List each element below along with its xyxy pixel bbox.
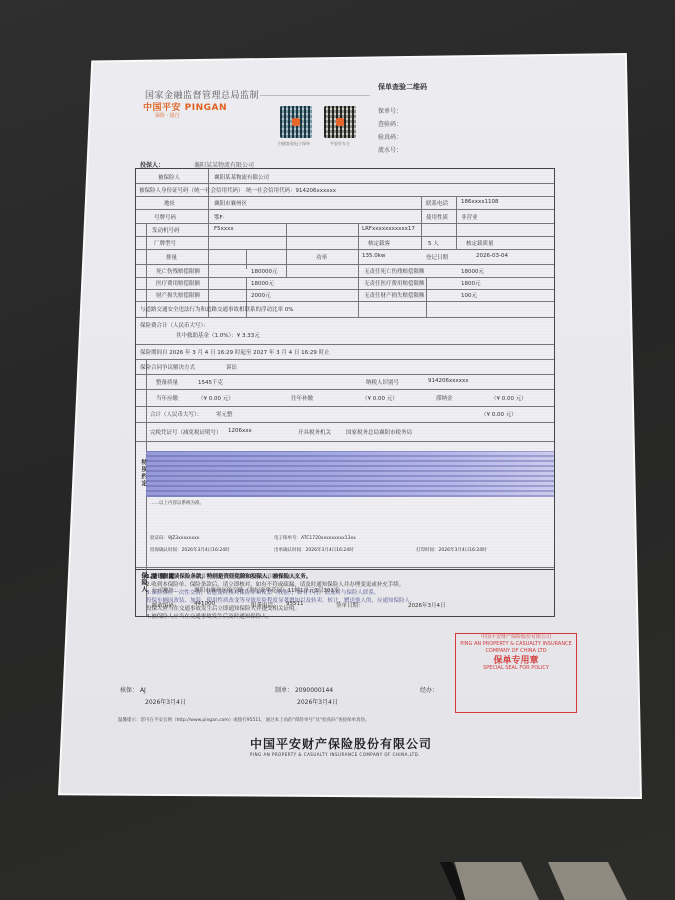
- coverage-label: 无责任财产损失赔偿限额: [364, 291, 425, 299]
- issue-time: 出单确认时间：2026年3月4日16:24时: [274, 547, 354, 553]
- issue-info: 制单： 2090000144 2026年3月4日: [275, 685, 338, 706]
- coverage-value: 18000元: [461, 267, 484, 275]
- late-fee-label: 滞纳金: [436, 394, 453, 402]
- special-terms-footer: ……以上内容以系统为准。: [150, 500, 204, 506]
- insurer-label: 保险人: [139, 572, 148, 593]
- policy-period: 保险期间自 2026 年 3 月 4 日 16:29 时起至 2027 年 3 …: [140, 348, 330, 356]
- header-rule: [260, 95, 370, 96]
- payload-label: 核定载质量: [466, 239, 494, 247]
- current-tax-value: （¥ 0.00 元）: [198, 394, 234, 402]
- verify-code-label: 验真码：: [378, 132, 427, 141]
- postcode-value: 441000: [194, 601, 215, 607]
- insured-id-label: 被保险人身份证号码（统一社会信用代码）: [139, 186, 244, 194]
- qr-caption: 平安好车主: [330, 141, 350, 147]
- premium-total: 保险费合计（人民币大写）：: [140, 321, 209, 329]
- brand-en: PINGAN: [185, 103, 227, 113]
- service-phone-label: 服务电话：: [251, 601, 279, 609]
- coverage-label: 无责任死亡伤残赔偿限额: [364, 267, 425, 275]
- tax-cert-value: 1206xxx: [228, 428, 252, 434]
- footer-note: 温馨提示：您可在平安官网（http://www.pingan.com）或拨打95…: [118, 717, 608, 723]
- address-value: 襄阳市襄州区: [214, 199, 247, 207]
- float-rate: 与道路交通安全违法行为和道路交通事故相联系的浮动比率 0%: [140, 305, 293, 313]
- company-address-value: 襄阳市襄州区航空路（世纪豪华花园）11幢1单元3层301室: [194, 586, 340, 594]
- power-value: 135.0kw: [362, 253, 385, 259]
- coverage-value: 18000元: [251, 279, 274, 287]
- company-name-footer: 中国平安财产保险股份有限公司: [250, 735, 432, 752]
- stamp-company-en: PING AN PROPERTY & CASUALTY INSURANCE CO…: [456, 641, 576, 655]
- review-date: 2026年3月4日: [145, 697, 186, 706]
- register-date-value: 2026-03-04: [476, 253, 508, 259]
- stamp-seal-en: SPECIAL SEAL FOR POLICY: [456, 665, 576, 672]
- policy-verify-box: 保单查验二维码 保单号： 查验码： 验真码： 流水号：: [378, 82, 427, 154]
- engine-value: F5xxxx: [214, 226, 234, 232]
- policy-table: 被保险人 襄阳某某物流有限公司 被保险人身份证号码（统一社会信用代码） 统一社会…: [135, 168, 555, 570]
- issue-date: 2026年3月4日: [297, 697, 338, 706]
- coverage-value: 2000元: [251, 291, 271, 299]
- seats-label: 核定载客: [368, 239, 390, 247]
- plate-label: 号牌号码: [154, 213, 176, 221]
- qr-code-icon: [280, 106, 312, 138]
- redacted-special-terms: [146, 451, 554, 497]
- serial-number-label: 流水号：: [378, 145, 427, 154]
- curb-weight-value: 1545千克: [198, 378, 223, 386]
- coverage-label: 无责任医疗费用赔偿限额: [364, 279, 425, 287]
- policy-document: 国家金融监督管理总局监制 中国平安 PINGAN 保险 · 银行 扫描查看电子保…: [0, 0, 675, 900]
- dispute-value: 诉讼: [226, 363, 237, 371]
- current-tax-label: 当年应缴: [156, 394, 178, 402]
- electronic-policy-line: 电子保单号：ATC1720xxxxxxxxx13xx: [274, 535, 356, 541]
- vin-value: LRFxxxxxxxxxxx17: [362, 226, 415, 232]
- qr-logo-icon: [336, 118, 344, 126]
- policy-number-label: 保单号：: [378, 106, 427, 115]
- postcode-label: 邮政编码：: [152, 601, 180, 609]
- late-fee-value: （¥ 0.00 元）: [491, 394, 527, 402]
- company-name-footer-en: PING AN PROPERTY & CASUALTY INSURANCE CO…: [250, 752, 420, 757]
- insured-id-value: 统一社会信用代码：914206xxxxxx: [246, 186, 336, 194]
- taxpayer-value: 914206xxxxxx: [428, 378, 469, 384]
- service-phone-value: 95511: [286, 601, 304, 607]
- tax-cert-label: 完税凭证号（减免税证明号）: [150, 428, 222, 436]
- dispute-label: 保险合同争议解决方式: [140, 363, 195, 371]
- tax-total-words: 零元整: [216, 410, 233, 418]
- qr-code-icon: [324, 106, 356, 138]
- phone-value: 186xxxx1108: [461, 199, 499, 205]
- brand-tagline: 保险 · 银行: [155, 112, 180, 119]
- insurer-section: 保险人 公司名称： 中国平安财产保险股份有限公司襄州支公司 公司地址： 襄阳市襄…: [135, 568, 555, 617]
- verify-title: 保单查验二维码: [378, 82, 427, 92]
- address-label: 地址: [164, 199, 175, 207]
- coverage-value: 1800元: [461, 279, 481, 287]
- model-label: 厂牌型号: [154, 239, 176, 247]
- rescue-fund: 其中救助基金（1.0%）：¥ 3.33元: [176, 331, 260, 339]
- power-label: 功率: [316, 253, 327, 261]
- coverage-label: 医疗费用赔偿限额: [156, 279, 200, 287]
- insured-label: 被保险人: [158, 173, 180, 181]
- verify-code-line: 验证码：9JZ3xxxxxxxx: [150, 535, 199, 541]
- confirm-time: 投保确认时间：2026年3月4日16:24时: [150, 547, 230, 553]
- taxpayer-label: 纳税人识别号: [366, 378, 399, 386]
- curb-weight-label: 整备质量: [156, 378, 178, 386]
- stamp-seal: 保单专用章: [456, 658, 576, 665]
- usage-value: 非营业: [461, 213, 478, 221]
- plate-value: 鄂F·: [214, 213, 224, 221]
- register-date-label: 登记日期: [426, 253, 448, 261]
- sign-date-value: 2026年3月4日: [408, 601, 446, 609]
- coverage-value: 100元: [461, 291, 477, 299]
- coverage-label: 财产损失赔偿限额: [156, 291, 200, 299]
- sign-date-label: 签单日期：: [336, 601, 364, 609]
- policy-seal-stamp: 中国平安财产保险股份有限公司 PING AN PROPERTY & CASUAL…: [455, 633, 577, 713]
- usage-label: 使用性质: [426, 213, 448, 221]
- qr-caption: 扫描查看电子保单: [278, 141, 310, 147]
- print-time: 打印时间：2026年3月4日16:24时: [416, 547, 487, 553]
- tax-total-label: 合计（人民币大写）：: [150, 410, 202, 418]
- coverage-value: 180000元: [251, 267, 278, 275]
- insured-value: 襄阳某某物流有限公司: [214, 173, 269, 181]
- check-code-label: 查验码：: [378, 119, 427, 128]
- review-info: 核保： AJ 2026年3月4日: [120, 685, 186, 706]
- tax-office-value: 国家税务总局襄阳市税务局: [346, 428, 412, 436]
- past-tax-label: 往年补缴: [291, 394, 313, 402]
- company-name-value: 中国平安财产保险股份有限公司襄州支公司: [194, 572, 299, 580]
- displacement-label: 排量: [166, 253, 177, 261]
- seats-value: 5 人: [428, 239, 439, 247]
- phone-label: 联系电话: [426, 199, 448, 207]
- coverage-label: 死亡伤残赔偿限额: [156, 267, 200, 275]
- tax-total-amount: （¥ 0.00 元）: [481, 410, 517, 418]
- company-address-label: 公司地址：: [152, 586, 180, 594]
- handler-label: 经办：: [420, 685, 438, 694]
- company-name-label: 公司名称：: [152, 572, 180, 580]
- past-tax-value: （¥ 0.00 元）: [362, 394, 398, 402]
- stamp-company-cn: 中国平安财产保险股份有限公司: [456, 634, 576, 641]
- engine-label: 发动机号码: [152, 226, 180, 234]
- tax-office-label: 开具税务机关: [298, 428, 331, 436]
- qr-logo-icon: [292, 118, 300, 126]
